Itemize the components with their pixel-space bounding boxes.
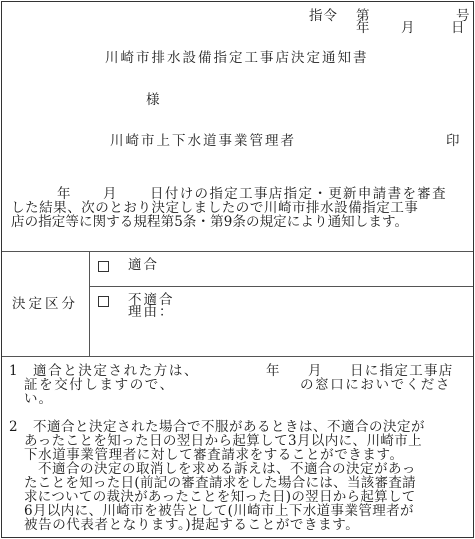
body-year: 年 <box>57 187 72 201</box>
note-1-number: 1 <box>9 364 19 378</box>
note-2-line-8: 被告の代表者となります。)提起することができます。 <box>24 518 359 532</box>
note-1-line-1: 適合と決定された方は、 <box>33 364 199 378</box>
note-1-day-rest: 日に指定工事店 <box>350 364 454 378</box>
table-top-border <box>2 251 473 252</box>
approve-label: 適合 <box>128 258 159 272</box>
table-bottom-border <box>2 356 473 357</box>
date-year: 年 <box>356 21 371 35</box>
note-2-line-7: 6月以内に、川崎市を被告として(川崎市上下水道事業管理者が <box>24 504 414 518</box>
approve-checkbox[interactable] <box>98 261 109 272</box>
note-1-line-3: い。 <box>24 392 53 406</box>
issuer-name: 川崎市上下水道事業管理者 <box>110 134 296 148</box>
table-column-divider <box>89 251 90 356</box>
note-1-line-2: 証を交付しますので、 <box>24 378 175 392</box>
reason-label: 理由： <box>128 305 175 319</box>
note-2-line-1: 不適合と決定された場合で不服があるときは、不適合の決定が <box>33 420 425 434</box>
note-2-line-2: あったことを知った日の翌日から起算して3月以内に、川崎市上 <box>24 434 422 448</box>
note-2-number: 2 <box>9 420 19 434</box>
addressee-suffix: 様 <box>146 93 161 107</box>
note-2-line-5: たことを知った日(前記の審査請求をした場合には、当該審査請 <box>24 476 416 490</box>
reject-checkbox[interactable] <box>98 296 109 307</box>
seal-mark: 印 <box>446 134 461 148</box>
body-month: 月 <box>103 187 118 201</box>
notice-document: 指令 第 号 年 月 日 川崎市排水設備指定工事店決定通知書 様 川崎市上下水道… <box>1 1 474 538</box>
note-2-line-4: 不適合の決定の取消しを求める訴えは、不適合の決定があっ <box>24 462 416 476</box>
table-row-divider <box>89 286 473 287</box>
note-2-line-3: 下水道事業管理者に対して審査請求をすることができます。 <box>24 448 404 462</box>
directive-label: 指令 <box>309 9 338 23</box>
body-line-3: 店の指定等に関する規程第5条・第9条の規定により通知します。 <box>11 215 408 229</box>
decision-label: 決定区分 <box>12 297 78 311</box>
body-line-2: した結果、次のとおり決定しましたので川崎市排水設備指定工事 <box>11 201 418 215</box>
note-1-window-rest: の窓口においでくださ <box>300 378 451 392</box>
date-day: 日 <box>451 21 466 35</box>
date-month: 月 <box>401 21 416 35</box>
note-1-year: 年 <box>266 364 281 378</box>
document-title: 川崎市排水設備指定工事店決定通知書 <box>105 51 369 65</box>
body-line-1: 日付けの指定工事店指定・更新申請書を審査 <box>150 187 447 201</box>
note-1-month: 月 <box>308 364 323 378</box>
note-2-line-6: 求についての裁決があったことを知った日)の翌日から起算して <box>24 490 416 504</box>
